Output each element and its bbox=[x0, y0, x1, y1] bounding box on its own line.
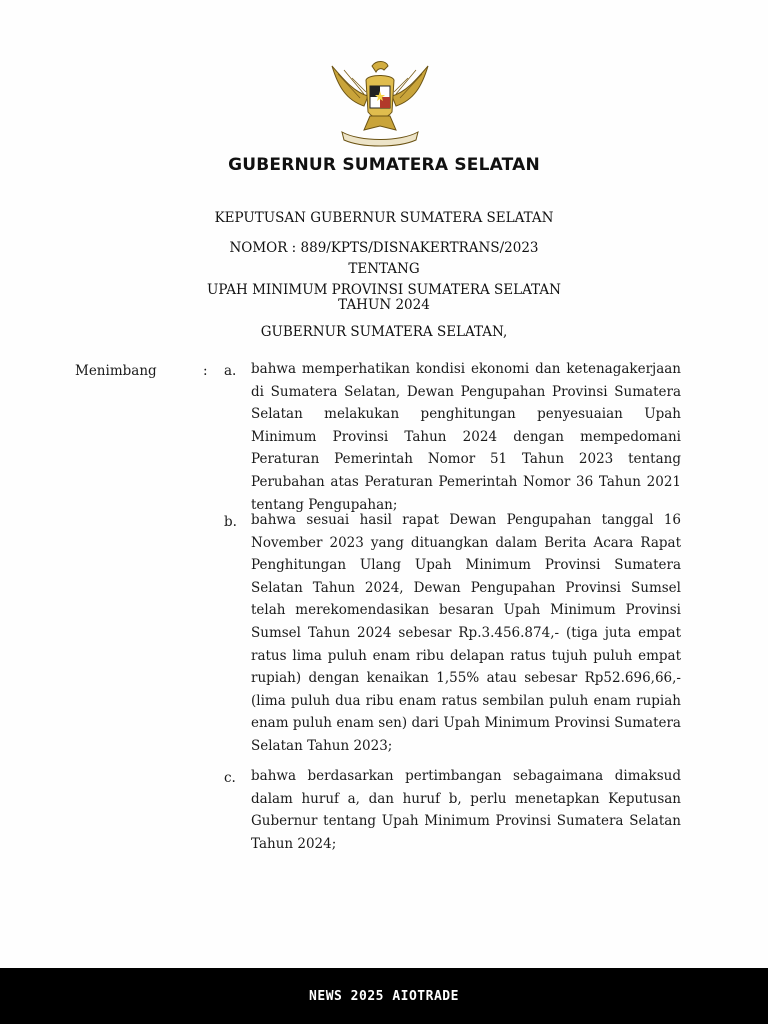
decree-subject-line2: TAHUN 2024 bbox=[0, 297, 768, 313]
decree-title: KEPUTUSAN GUBERNUR SUMATERA SELATAN bbox=[0, 210, 768, 226]
menimbang-colon: : bbox=[203, 363, 208, 379]
garuda-emblem-icon bbox=[324, 56, 436, 148]
decree-number: NOMOR : 889/KPTS/DISNAKERTRANS/2023 bbox=[0, 240, 768, 256]
issuer-heading: GUBERNUR SUMATERA SELATAN bbox=[0, 155, 768, 175]
decree-subject-line1: UPAH MINIMUM PROVINSI SUMATERA SELATAN bbox=[0, 282, 768, 298]
consideration-a: bahwa memperhatikan kondisi ekonomi dan … bbox=[251, 358, 681, 516]
consideration-c: bahwa berdasarkan pertimbangan sebagaima… bbox=[251, 765, 681, 855]
consideration-b: bahwa sesuai hasil rapat Dewan Pengupaha… bbox=[251, 509, 681, 758]
authority-heading: GUBERNUR SUMATERA SELATAN, bbox=[0, 324, 768, 340]
item-letter-b: b. bbox=[224, 514, 237, 530]
footer-caption: NEWS 2025 AIOTRADE bbox=[309, 989, 459, 1004]
document-page: GUBERNUR SUMATERA SELATAN KEPUTUSAN GUBE… bbox=[0, 0, 768, 968]
item-letter-c: c. bbox=[224, 770, 236, 786]
tentang-label: TENTANG bbox=[0, 261, 768, 277]
menimbang-label: Menimbang bbox=[75, 363, 157, 379]
item-letter-a: a. bbox=[224, 363, 236, 379]
footer-banner: NEWS 2025 AIOTRADE bbox=[0, 968, 768, 1024]
